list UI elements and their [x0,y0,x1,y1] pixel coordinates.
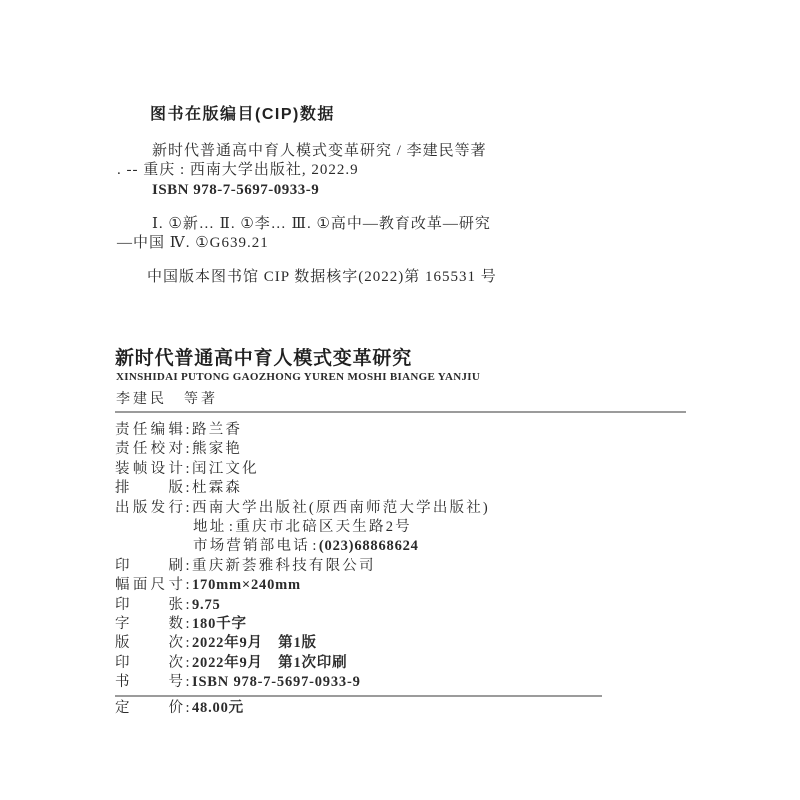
colophon-label: 幅面尺寸 [115,576,183,595]
colophon-label: 字数 [115,615,183,634]
colophon-colon: : [183,576,192,595]
colophon-colon: : [183,615,192,634]
colophon-row-proofreader: 责任校对:熊家艳 [115,440,735,459]
colophon-row-marketing-phone: 市场营销部电话:(023)68868624 [193,537,735,556]
colophon-label: 版次 [115,634,183,653]
colophon-label: 市场营销部电话 [193,537,310,556]
book-title-pinyin: XINSHIDAI PUTONG GAOZHONG YUREN MOSHI BI… [116,371,480,383]
cip-entry-line-isbn: ISBN 978-7-5697-0933-9 [117,181,637,200]
colophon-colon: : [183,499,192,518]
colophon-label: 责任校对 [115,440,183,459]
colophon-colon: : [183,654,192,673]
colophon-label: 印张 [115,596,183,615]
colophon-label: 装帧设计 [115,460,183,479]
colophon-value: 2022年9月 第1次印刷 [192,654,347,673]
colophon-colon: : [183,479,192,498]
colophon-row-editor: 责任编辑:路兰香 [115,421,735,440]
colophon-value: 路兰香 [192,421,242,440]
colophon-colon: : [183,557,192,576]
cip-body: 新时代普通高中育人模式变革研究 / 李建民等著 . -- 重庆 : 西南大学出版… [117,142,637,288]
colophon-colon: : [183,421,192,440]
colophon-row-price: 定价:48.00元 [115,699,735,718]
cip-record-number-line: 中国版本图书馆 CIP 数据核字(2022)第 165531 号 [117,268,637,287]
colophon-label: 排版 [115,479,183,498]
cip-entry-line-title: 新时代普通高中育人模式变革研究 / 李建民等著 [117,142,637,161]
colophon-value: 闰江文化 [192,460,259,479]
colophon-colon: : [310,537,319,556]
colophon-value: ISBN 978-7-5697-0933-9 [192,673,361,692]
colophon-label: 印次 [115,654,183,673]
colophon-row-size: 幅面尺寸:170mm×240mm [115,576,735,595]
divider-line-top [115,411,686,413]
colophon-row-publisher: 出版发行:西南大学出版社(原西南师范大学出版社) [115,499,735,518]
colophon-colon: : [183,460,192,479]
cip-classification-line: Ⅰ. ①新… Ⅱ. ①李… Ⅲ. ①高中—教育改革—研究 [117,215,637,234]
colophon-value: 重庆新荟雅科技有限公司 [192,557,376,576]
colophon-colon: : [183,673,192,692]
colophon-value: 48.00元 [192,699,244,718]
colophon-value: 2022年9月 第1版 [192,634,317,653]
book-title: 新时代普通高中育人模式变革研究 [115,343,412,370]
colophon-row-sheets: 印张:9.75 [115,596,735,615]
colophon-value: 180千字 [192,615,247,634]
colophon-row-typesetting: 排版:杜霖森 [115,479,735,498]
cip-entry-line-publisher: . -- 重庆 : 西南大学出版社, 2022.9 [117,161,637,180]
colophon-row-impression: 印次:2022年9月 第1次印刷 [115,654,735,673]
cip-heading: 图书在版编目(CIP)数据 [150,101,335,124]
colophon-row-edition: 版次:2022年9月 第1版 [115,634,735,653]
colophon-label: 定价 [115,699,183,718]
divider-line-bottom [115,695,602,697]
colophon-row-wordcount: 字数:180千字 [115,615,735,634]
colophon-block: 责任编辑:路兰香 责任校对:熊家艳 装帧设计:闰江文化 排版:杜霖森 出版发行:… [115,421,735,718]
colophon-value: (023)68868624 [319,537,419,556]
colophon-colon: : [183,699,192,718]
cip-gap [117,253,637,268]
colophon-value: 熊家艳 [192,440,242,459]
colophon-label: 出版发行 [115,499,183,518]
colophon-row-printer: 印刷:重庆新荟雅科技有限公司 [115,557,735,576]
colophon-row-design: 装帧设计:闰江文化 [115,460,735,479]
colophon-label: 责任编辑 [115,421,183,440]
colophon-label: 书号 [115,673,183,692]
colophon-colon: : [183,596,192,615]
colophon-colon: : [226,518,235,537]
book-copyright-page: 图书在版编目(CIP)数据 新时代普通高中育人模式变革研究 / 李建民等著 . … [0,0,800,800]
cip-gap [117,200,637,215]
colophon-label: 印刷 [115,557,183,576]
colophon-value: 170mm×240mm [192,576,301,595]
colophon-value: 9.75 [192,596,221,615]
book-authors: 李建民 等著 [116,388,218,408]
colophon-label: 地址 [193,518,226,537]
colophon-value: 杜霖森 [192,479,242,498]
colophon-colon: : [183,440,192,459]
cip-classification-line-cont: —中国 Ⅳ. ①G639.21 [117,234,637,253]
colophon-row-address: 地址:重庆市北碚区天生路2号 [193,518,735,537]
colophon-value: 重庆市北碚区天生路2号 [235,518,411,537]
colophon-colon: : [183,634,192,653]
colophon-value: 西南大学出版社(原西南师范大学出版社) [192,499,490,518]
colophon-row-isbn: 书号:ISBN 978-7-5697-0933-9 [115,673,735,692]
